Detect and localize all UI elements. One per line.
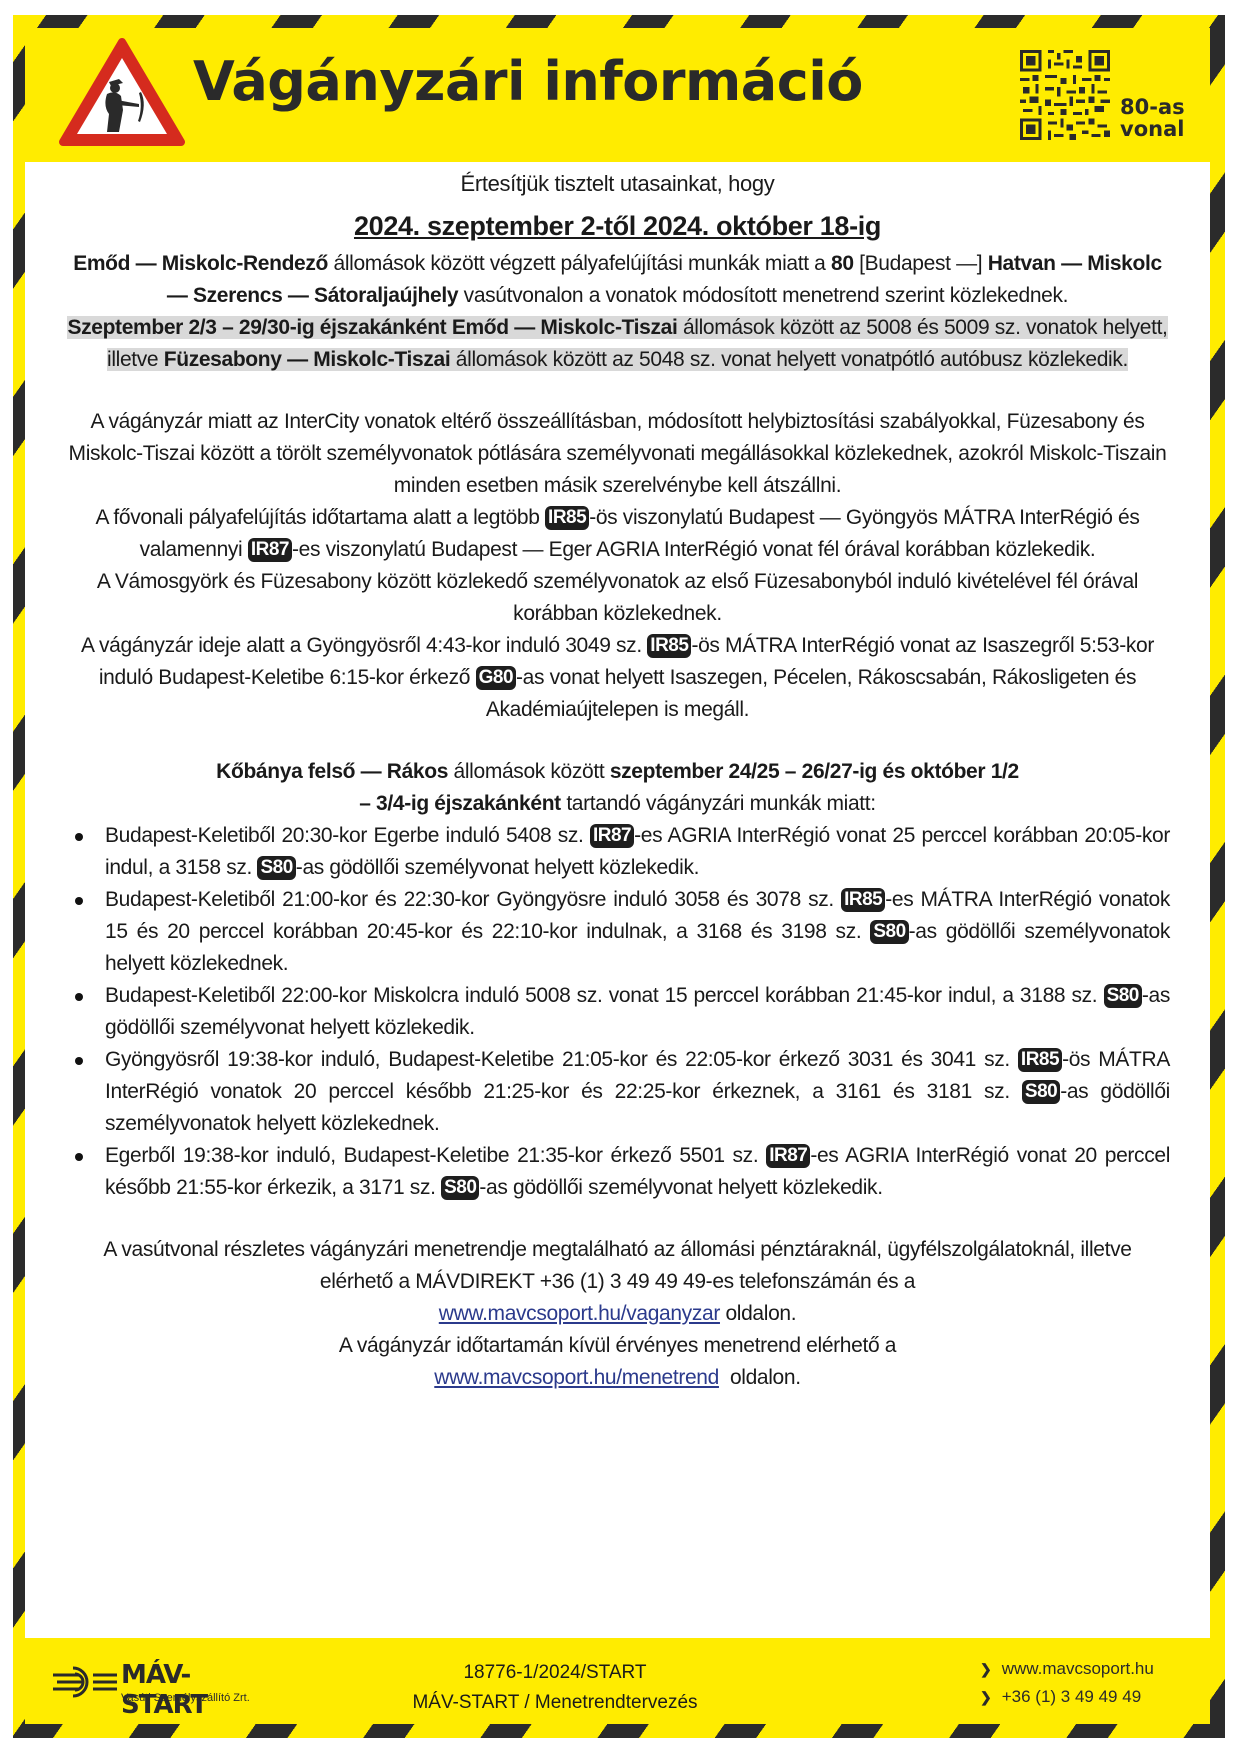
vaganyzar-link[interactable]: www.mavcsoport.hu/vaganyzar: [439, 1302, 720, 1325]
list-item: Budapest-Keletiből 21:00-kor és 22:30-ko…: [65, 884, 1170, 980]
intro-text: Értesítjük tisztelt utasainkat, hogy: [65, 168, 1170, 200]
train-badge-ir85: IR85: [647, 634, 691, 658]
contact-info: ❯www.mavcsoport.hu ❯+36 (1) 3 49 49 49: [980, 1655, 1154, 1711]
paragraph-interregio: A fővonali pályafelújítás időtartama ala…: [65, 502, 1170, 566]
phone-number[interactable]: ❯+36 (1) 3 49 49 49: [980, 1683, 1154, 1711]
date-range-heading: 2024. szeptember 2-től 2024. október 18-…: [65, 210, 1170, 242]
list-item: Budapest-Keletiből 20:30-kor Egerbe indu…: [65, 820, 1170, 884]
paragraph-extra-stops: A vágányzár ideje alatt a Gyöngyösről 4:…: [65, 630, 1170, 726]
chevron-right-icon: ❯: [980, 1655, 992, 1683]
chevron-right-icon: ❯: [980, 1683, 992, 1711]
train-badge-s80: S80: [257, 856, 295, 880]
notice-content: Értesítjük tisztelt utasainkat, hogy 202…: [65, 168, 1170, 1394]
list-item: Gyöngyösről 19:38-kor induló, Budapest-K…: [65, 1044, 1170, 1140]
train-badge-s80: S80: [1104, 984, 1142, 1008]
train-badge-ir85: IR85: [545, 506, 589, 530]
list-item: Egerből 19:38-kor induló, Budapest-Kelet…: [65, 1140, 1170, 1204]
paragraph-vamosgyork: A Vámosgyörk és Füzesabony között közlek…: [65, 566, 1170, 630]
train-badge-s80: S80: [441, 1176, 479, 1200]
train-badge-s80: S80: [1022, 1080, 1060, 1104]
affected-trains-list: Budapest-Keletiből 20:30-kor Egerbe indu…: [65, 820, 1170, 1204]
mav-wheel-icon: [53, 1662, 117, 1702]
footer-banner: MÁV-START Vasúti Személyszállító Zrt. 18…: [25, 1638, 1210, 1724]
closing-info: A vasútvonal részletes vágányzári menetr…: [65, 1234, 1170, 1330]
closing-timetable: A vágányzár időtartamán kívül érvényes m…: [65, 1330, 1170, 1394]
train-badge-s80: S80: [870, 920, 908, 944]
train-badge-ir87: IR87: [590, 824, 634, 848]
train-badge-ir87: IR87: [248, 538, 292, 562]
line-number-label: 80-as vonal: [1120, 96, 1185, 140]
list-item: Budapest-Keletiből 22:00-kor Miskolcra i…: [65, 980, 1170, 1044]
website-link[interactable]: ❯www.mavcsoport.hu: [980, 1655, 1154, 1683]
paragraph-main-works: Emőd — Miskolc-Rendező állomások között …: [65, 248, 1170, 312]
page-title: Vágányzári információ: [193, 50, 863, 113]
notice-sheet: Vágányzári információ: [25, 28, 1210, 1724]
document-reference: 18776-1/2024/START MÁV-START / Menetrend…: [405, 1658, 705, 1718]
mav-start-logo: MÁV-START Vasúti Személyszállító Zrt.: [53, 1660, 253, 1710]
paragraph-intercity: A vágányzár miatt az InterCity vonatok e…: [65, 406, 1170, 502]
header-banner: Vágányzári információ: [25, 28, 1210, 162]
train-badge-ir85: IR85: [1018, 1048, 1062, 1072]
menetrend-link[interactable]: www.mavcsoport.hu/menetrend: [434, 1366, 719, 1389]
construction-warning-icon: [57, 36, 187, 150]
paragraph-bus-replacement: Szeptember 2/3 – 29/30-ig éjszakánként E…: [65, 312, 1170, 376]
paragraph-kobanya-works: Kőbánya felső — Rákos állomások között s…: [65, 756, 1170, 820]
qr-code-icon[interactable]: [1020, 50, 1110, 140]
train-badge-ir85: IR85: [841, 888, 885, 912]
train-badge-g80: G80: [476, 666, 516, 690]
train-badge-ir87: IR87: [766, 1144, 810, 1168]
